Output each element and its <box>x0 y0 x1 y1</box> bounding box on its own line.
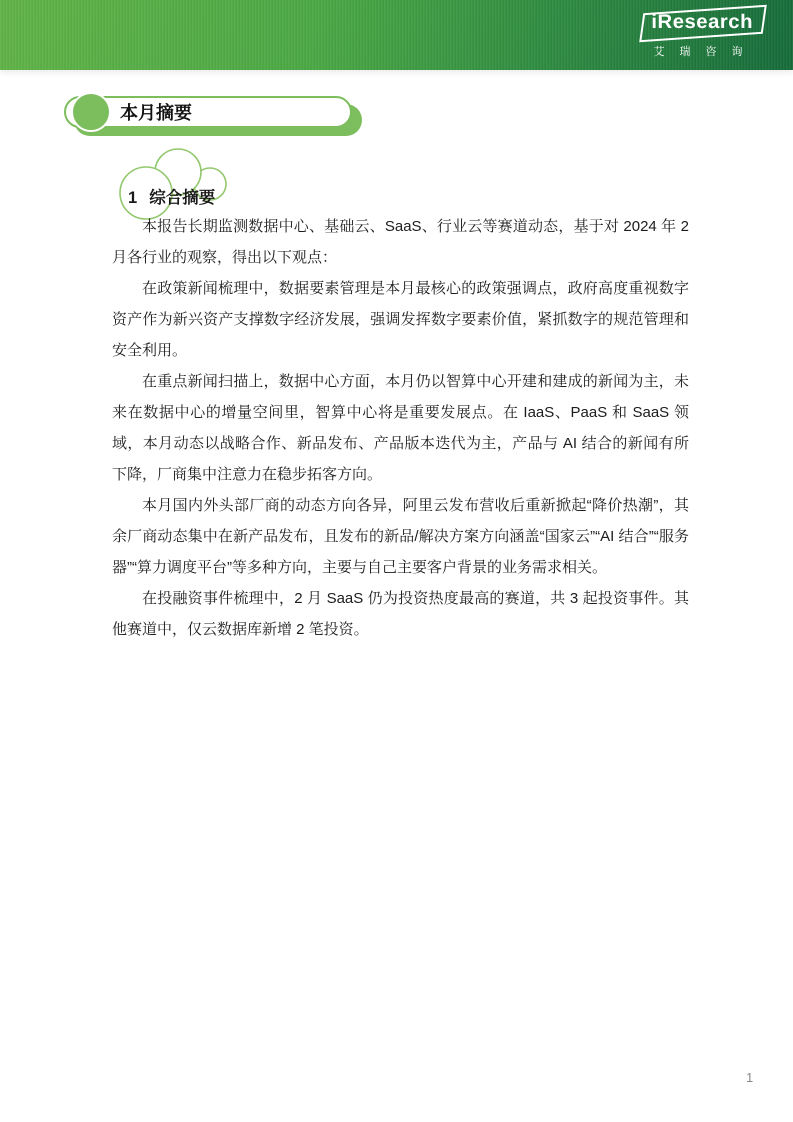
page-number: 1 <box>746 1070 753 1085</box>
header-bar: iResearch 艾瑞咨询 <box>0 0 793 70</box>
paragraph-investment: 在投融资事件梳理中，2 月 SaaS 仍为投资热度最高的赛道，共 3 起投资事件… <box>112 583 689 645</box>
iresearch-logo: iResearch 艾瑞咨询 <box>623 9 773 59</box>
summary-body: 本报告长期监测数据中心、基础云、SaaS、行业云等赛道动态，基于对 2024 年… <box>112 211 689 645</box>
logo-parallelogram: iResearch <box>639 5 767 42</box>
page-title: 本月摘要 <box>120 99 192 125</box>
section-label: 综合摘要 <box>149 189 215 207</box>
logo-wordmark: iResearch <box>651 11 753 34</box>
section-number: 1 <box>128 189 137 207</box>
paragraph-vendor-trends: 本月国内外头部厂商的动态方向各异，阿里云发布营收后重新掀起“降价热潮”，其余厂商… <box>112 490 689 583</box>
paragraph-policy-news: 在政策新闻梳理中，数据要素管理是本月最核心的政策强调点，政府高度重视数字资产作为… <box>112 273 689 366</box>
report-page: iResearch 艾瑞咨询 本月摘要 1综合摘要 本报告长期监测数据中心、基础… <box>0 0 793 1122</box>
section-title: 1综合摘要 <box>128 184 215 208</box>
title-banner: 本月摘要 <box>64 96 352 128</box>
logo-chinese-name: 艾瑞咨询 <box>623 43 773 59</box>
banner-dot-icon <box>71 92 111 132</box>
paragraph-key-news: 在重点新闻扫描上，数据中心方面，本月仍以智算中心开建和建成的新闻为主，未来在数据… <box>112 366 689 490</box>
paragraph-overview: 本报告长期监测数据中心、基础云、SaaS、行业云等赛道动态，基于对 2024 年… <box>112 211 689 273</box>
